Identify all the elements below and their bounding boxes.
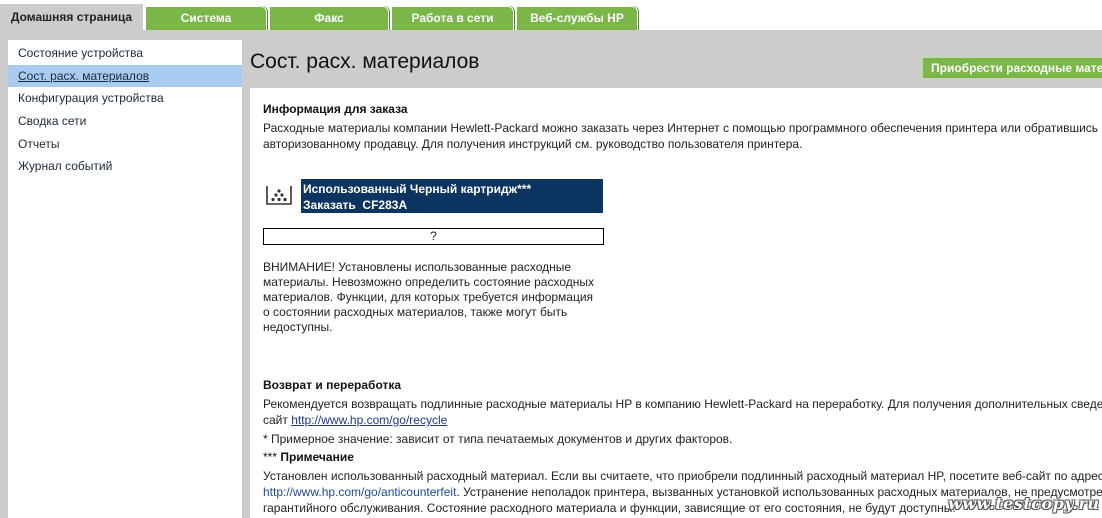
recycle-text-line2: сайт http://www.hp.com/go/recycle xyxy=(263,412,447,428)
page-header: Сост. расх. материалов Приобрести расход… xyxy=(250,40,1102,88)
cartridge-label: Использованный Черный картридж*** Заказа… xyxy=(301,179,603,213)
sidebar-item-network-summary[interactable]: Сводка сети xyxy=(8,110,242,132)
tab-fax[interactable]: Факс xyxy=(269,6,389,30)
note-heading: *** Примечание xyxy=(263,450,354,464)
note-text-line3: гарантийного обслуживания. Состояние рас… xyxy=(263,500,956,516)
sidebar-item-reports[interactable]: Отчеты xyxy=(8,133,242,155)
note-text-line1: Установлен использованный расходный мате… xyxy=(263,468,1102,484)
tab-networking[interactable]: Работа в сети xyxy=(391,6,514,30)
used-supply-warning: ВНИМАНИЕ! Установлены использованные рас… xyxy=(263,260,603,335)
cartridge-level-gauge: ? xyxy=(263,228,604,245)
sidebar-item-supplies-status[interactable]: Сост. расх. материалов xyxy=(8,65,242,87)
estimate-footnote: * Примерное значение: зависит от типа пе… xyxy=(263,431,732,447)
buy-supplies-button[interactable]: Приобрести расходные материалы xyxy=(921,57,1102,78)
recycle-link[interactable]: http://www.hp.com/go/recycle xyxy=(291,413,447,427)
watermark: www.testcopy.ru xyxy=(948,494,1099,513)
tab-bar: Домашняя страница Система Факс Работа в … xyxy=(0,0,1102,30)
anticounterfeit-link[interactable]: http://www.hp.com/go/anticounterfeit xyxy=(263,485,456,499)
tab-hp-web-services[interactable]: Веб-службы HP xyxy=(516,6,638,30)
page-title: Сост. расх. материалов xyxy=(250,50,479,74)
order-info-text-line1: Расходные материалы компании Hewlett-Pac… xyxy=(263,120,1102,136)
sidebar-item-device-status[interactable]: Состояние устройства xyxy=(8,42,242,64)
order-info-heading: Информация для заказа xyxy=(263,102,408,116)
tab-home[interactable]: Домашняя страница xyxy=(0,4,143,30)
main-content: Информация для заказа Расходные материал… xyxy=(250,88,1102,518)
sidebar-item-device-configuration[interactable]: Конфигурация устройства xyxy=(8,87,242,109)
toner-cartridge-icon xyxy=(265,182,293,206)
note-title: Примечание xyxy=(280,450,354,464)
sidebar: Состояние устройства Сост. расх. материа… xyxy=(8,40,242,518)
cartridge-order-number: Заказать CF283A xyxy=(303,197,603,213)
order-info-text-line2: авторизованному продавцу. Для получения … xyxy=(263,136,802,152)
cartridge-name: Использованный Черный картридж*** xyxy=(303,181,603,197)
recycle-heading: Возврат и переработка xyxy=(263,378,401,392)
sidebar-item-event-log[interactable]: Журнал событий xyxy=(8,155,242,177)
tab-system[interactable]: Система xyxy=(145,6,267,30)
recycle-text-prefix: сайт xyxy=(263,413,291,427)
note-asterisks: *** xyxy=(263,450,280,464)
recycle-text-line1: Рекомендуется возвращать подлинные расхо… xyxy=(263,396,1102,412)
